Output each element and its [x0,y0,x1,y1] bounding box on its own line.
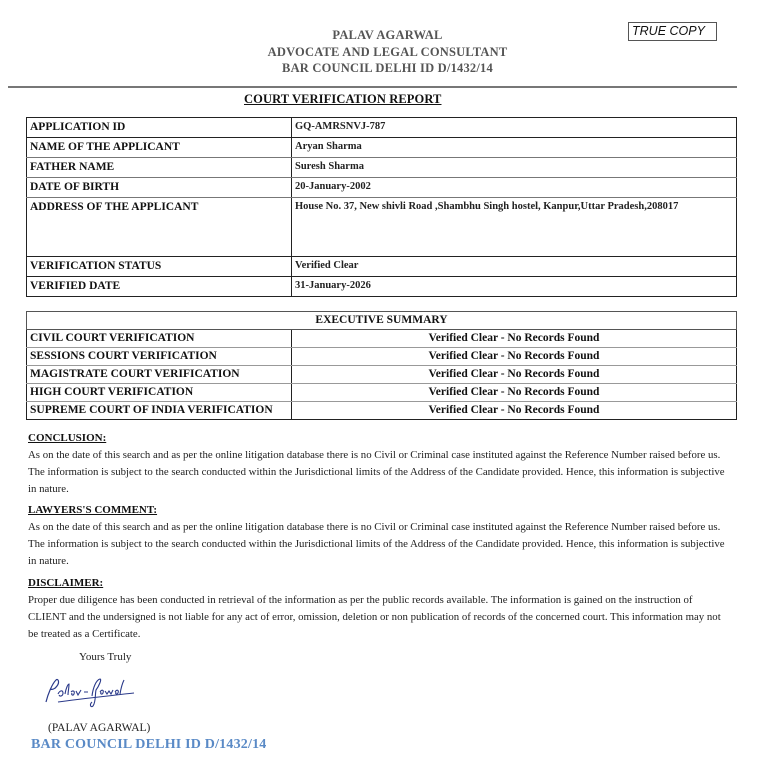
signer-bar-id: BAR COUNCIL DELHI ID D/1432/14 [31,737,266,753]
conclusion-section: CONCLUSION: As on the date of this searc… [28,430,733,498]
verification-status-label: VERIFICATION STATUS [27,257,292,277]
date-of-birth-value: 20-January-2002 [292,178,737,198]
supreme-court-result: Verified Clear - No Records Found [292,402,737,420]
high-court-label: HIGH COURT VERIFICATION [27,384,292,402]
advocate-designation: ADVOCATE AND LEGAL CONSULTANT [0,44,775,61]
signature-icon [38,672,138,712]
verification-status-value: Verified Clear [292,257,737,277]
father-name-label: FATHER NAME [27,158,292,178]
application-id-value: GQ-AMRSNVJ-787 [292,118,737,138]
table-row: MAGISTRATE COURT VERIFICATION Verified C… [27,366,737,384]
magistrate-court-label: MAGISTRATE COURT VERIFICATION [27,366,292,384]
table-row: NAME OF THE APPLICANT Aryan Sharma [27,138,737,158]
lawyers-comment-section: LAWYERS'S COMMENT: As on the date of thi… [28,502,733,570]
table-row: CIVIL COURT VERIFICATION Verified Clear … [27,330,737,348]
executive-summary-table: EXECUTIVE SUMMARY CIVIL COURT VERIFICATI… [26,311,737,420]
table-row: HIGH COURT VERIFICATION Verified Clear -… [27,384,737,402]
summary-header-row: EXECUTIVE SUMMARY [27,312,737,330]
table-row: VERIFIED DATE 31-January-2026 [27,277,737,297]
table-row: APPLICATION ID GQ-AMRSNVJ-787 [27,118,737,138]
verified-date-value: 31-January-2026 [292,277,737,297]
supreme-court-label: SUPREME COURT OF INDIA VERIFICATION [27,402,292,420]
table-row: ADDRESS OF THE APPLICANT House No. 37, N… [27,198,737,257]
table-row: DATE OF BIRTH 20-January-2002 [27,178,737,198]
closing-text: Yours Truly [79,651,131,663]
magistrate-court-result: Verified Clear - No Records Found [292,366,737,384]
lawyers-comment-heading: LAWYERS'S COMMENT: [28,502,733,519]
table-row: VERIFICATION STATUS Verified Clear [27,257,737,277]
conclusion-text: As on the date of this search and as per… [28,447,733,498]
address-value: House No. 37, New shivli Road ,Shambhu S… [292,198,737,257]
applicant-details-table: APPLICATION ID GQ-AMRSNVJ-787 NAME OF TH… [26,117,737,297]
conclusion-heading: CONCLUSION: [28,430,733,447]
signer-name: (PALAV AGARWAL) [48,722,150,734]
verified-date-label: VERIFIED DATE [27,277,292,297]
civil-court-result: Verified Clear - No Records Found [292,330,737,348]
date-of-birth-label: DATE OF BIRTH [27,178,292,198]
executive-summary-heading: EXECUTIVE SUMMARY [27,312,737,330]
table-row: SUPREME COURT OF INDIA VERIFICATION Veri… [27,402,737,420]
header-divider [8,86,737,88]
advocate-bar-id: BAR COUNCIL DELHI ID D/1432/14 [0,60,775,77]
applicant-name-value: Aryan Sharma [292,138,737,158]
sessions-court-label: SESSIONS COURT VERIFICATION [27,348,292,366]
address-label: ADDRESS OF THE APPLICANT [27,198,292,257]
table-row: SESSIONS COURT VERIFICATION Verified Cle… [27,348,737,366]
true-copy-stamp: TRUE COPY [628,22,717,41]
disclaimer-text: Proper due diligence has been conducted … [28,592,733,643]
civil-court-label: CIVIL COURT VERIFICATION [27,330,292,348]
application-id-label: APPLICATION ID [27,118,292,138]
lawyers-comment-text: As on the date of this search and as per… [28,519,733,570]
disclaimer-heading: DISCLAIMER: [28,575,733,592]
disclaimer-section: DISCLAIMER: Proper due diligence has bee… [28,575,733,643]
high-court-result: Verified Clear - No Records Found [292,384,737,402]
applicant-name-label: NAME OF THE APPLICANT [27,138,292,158]
father-name-value: Suresh Sharma [292,158,737,178]
table-row: FATHER NAME Suresh Sharma [27,158,737,178]
sessions-court-result: Verified Clear - No Records Found [292,348,737,366]
report-title: COURT VERIFICATION REPORT [244,92,441,107]
